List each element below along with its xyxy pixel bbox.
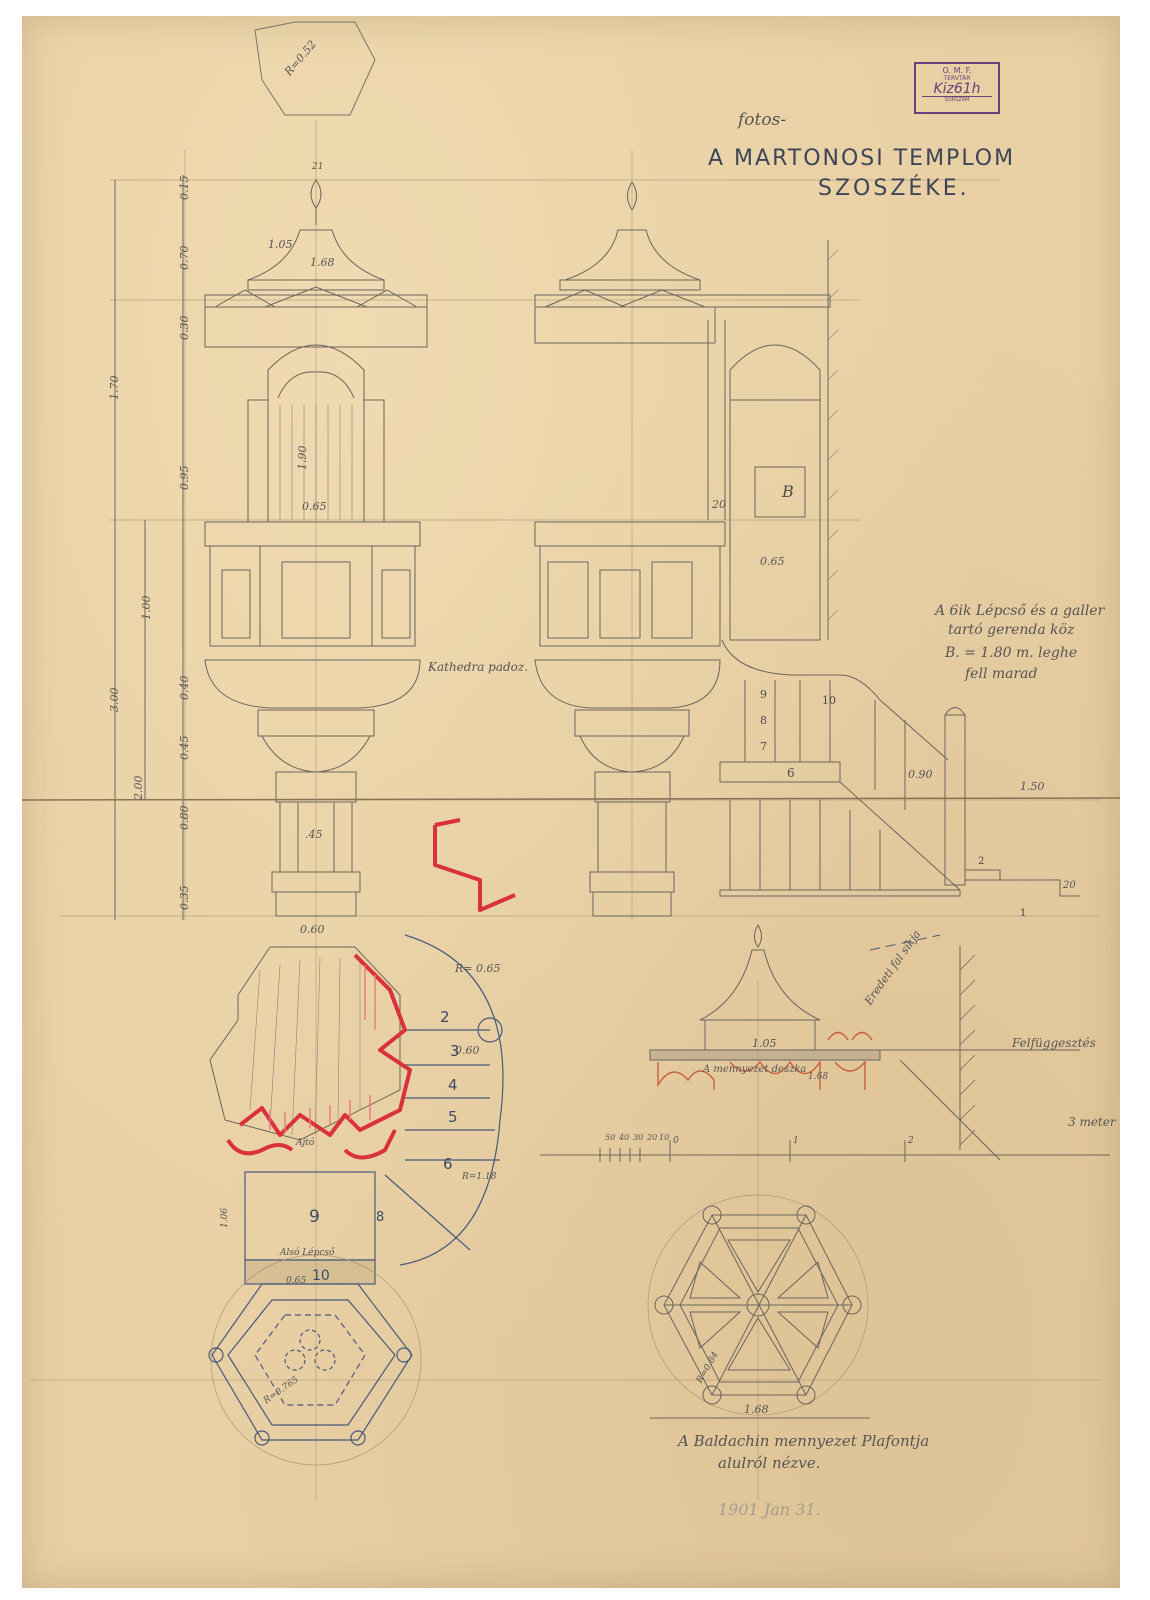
dim-cornice: 0.30 [178, 316, 191, 341]
stair-step-6: 6 [787, 766, 795, 780]
scale-tick-20: 20 [647, 1133, 657, 1142]
stair-note-line1: A 6ik Lépcső és a galler [935, 603, 1104, 619]
stair-note-line4: fell marad [965, 666, 1038, 682]
pulpit-floor-label: Kathedra padoz. [428, 660, 528, 674]
drawing-subtitle: SZOSZÉKE. [818, 176, 970, 201]
stair-step-2: 2 [978, 856, 984, 867]
dim-plafond-width: 1.68 [744, 1403, 769, 1416]
stair-note-line2: tartó gerenda köz [948, 622, 1074, 638]
dim-rail-height: 0.90 [908, 768, 933, 781]
scale-tick-30: 30 [633, 1133, 643, 1142]
scale-tick-10: 10 [659, 1133, 669, 1142]
stamp-org: O. M. F. [916, 66, 998, 75]
dim-stair-rise: 20 [1063, 880, 1076, 891]
dim-plan-door-width: 0.65 [286, 1276, 306, 1286]
scale-unit-label: 3 meter [1068, 1115, 1116, 1129]
stair-note-line3: B. = 1.80 m. leghe [945, 645, 1077, 661]
dim-stair-total: 1.50 [1020, 780, 1045, 793]
dim-basket-bottom: 0.40 [178, 676, 191, 701]
stair-step-8: 8 [760, 714, 767, 727]
ceiling-label: Felfüggesztés [1012, 1036, 1096, 1050]
scale-tick-40: 40 [619, 1133, 629, 1142]
fotos-annotation: fotos- [738, 110, 786, 130]
dim-finial: 0.15 [178, 176, 191, 201]
dim-column: 0.80 [178, 806, 191, 831]
plafond-caption-line1: A Baldachin mennyezet Plafontja [678, 1432, 929, 1450]
dim-canopy-section-board: 1.68 [808, 1072, 828, 1082]
dim-basket: 1.00 [140, 596, 153, 621]
plafond-caption-line2: alulról nézve. [718, 1454, 821, 1472]
stair-step-1: 1 [1020, 908, 1026, 919]
dim-overall-lower: 2.00 [132, 776, 145, 801]
canopy-board-label: A mennyezet deszka [703, 1064, 806, 1075]
door-label: Ajtó [296, 1138, 314, 1148]
stair-step-7: 7 [760, 740, 767, 753]
dim-corbel: 0.45 [178, 736, 191, 761]
dim-canopy-section-width: 1.05 [752, 1037, 777, 1050]
plan-step-8: 8 [376, 1210, 384, 1225]
plan-step-5: 5 [448, 1108, 458, 1126]
scale-tick-0: 0 [673, 1136, 679, 1146]
dim-overall-upper: 1.70 [108, 376, 121, 401]
plan-step-4: 4 [448, 1076, 458, 1094]
architectural-drawing [0, 0, 1150, 1600]
stair-step-10: 10 [822, 694, 836, 707]
dim-finial-width: 21 [312, 162, 323, 172]
dim-plan-step-depth: 0.60 [455, 1044, 480, 1057]
dim-backboard: 0.95 [178, 466, 191, 491]
dim-base-width: 0.60 [300, 923, 325, 936]
dim-plan-radius: R= 0.65 [455, 962, 501, 975]
dim-side-door: 0.65 [760, 555, 785, 568]
plan-step-10: 10 [312, 1268, 330, 1284]
dim-column-width: .45 [305, 828, 323, 841]
section-mark-b: B [782, 482, 794, 501]
dim-base: 0.35 [178, 886, 191, 911]
dim-canopy-width: 1.68 [310, 256, 335, 269]
plan-step-2: 2 [440, 1008, 450, 1026]
dim-door-height: 1.90 [296, 446, 309, 471]
dim-roof: 0.70 [178, 246, 191, 271]
scale-tick-2: 2 [908, 1136, 914, 1146]
dim-plan-stair-radius: R=1.18 [462, 1172, 496, 1182]
plan-step-6: 6 [443, 1155, 453, 1173]
plan-step-9: 9 [309, 1207, 320, 1227]
stair-landing-label: Alsó Lépcső [280, 1248, 334, 1258]
archive-stamp: O. M. F. TERVTÁR Kiz61h SORSZÁM [914, 62, 1000, 114]
dim-side-jamb: 20 [712, 498, 726, 511]
dim-plan-pulpit-width: 1.06 [220, 1208, 230, 1228]
stair-step-9: 9 [760, 688, 767, 701]
scale-tick-1: 1 [793, 1136, 799, 1146]
date-signature: 1901 Jan 31. [718, 1500, 821, 1519]
dim-canopy-top: 1.05 [268, 238, 293, 251]
drawing-title: A MARTONOSI TEMPLOM [708, 146, 1015, 171]
stamp-signature: Kiz61h [922, 82, 992, 97]
dim-overall-total: 3.00 [108, 688, 121, 713]
dim-door-width: 0.65 [302, 500, 327, 513]
stamp-number-label: SORSZÁM [916, 97, 998, 103]
scale-tick-50: 50 [605, 1133, 615, 1142]
